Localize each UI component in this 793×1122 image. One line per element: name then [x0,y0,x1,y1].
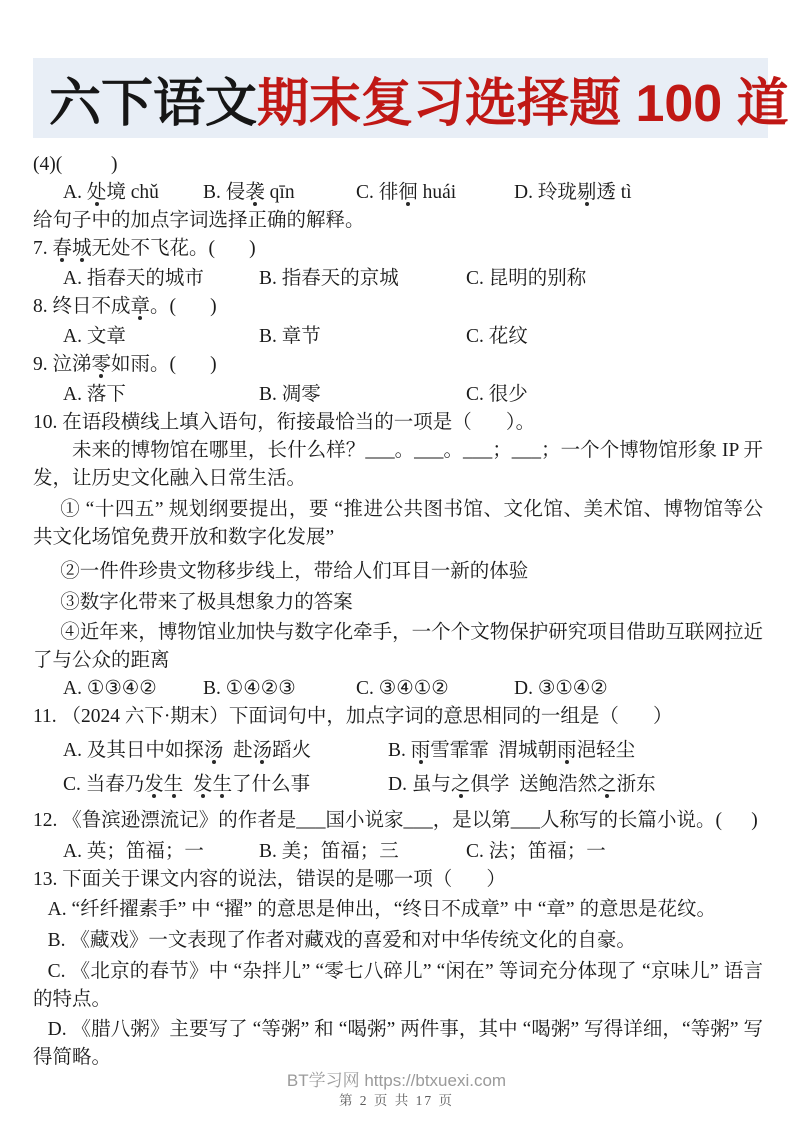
q10-item-1: ① “十四五” 规划纲要提出，要 “推进公共图书馆、文化馆、美术馆、博物馆等公共… [33,496,763,552]
q12-options-row: A. 英；笛福；一 B. 美；笛福；三 C. 法；笛福；一 [33,838,763,866]
q4-option-d: D. 玲珑剔透 tì [514,179,763,207]
emphasis-dot-char: 汤 [204,740,224,761]
q7-stem: 7. 春城无处不飞花。( ) [33,235,763,263]
emphasis-dot-char: 剔 [577,182,597,203]
emphasis-dot-char: 雨 [557,740,577,761]
q8-options-row: A. 文章 B. 章节 C. 花纹 [33,323,763,351]
emphasis-dot-char: 生 [213,774,233,795]
q10-option-d: D. ③①④② [514,675,763,703]
q11-options-row-1: A. 及其日中如探汤 赴汤蹈火 B. 雨雪霏霏 渭城朝雨浥轻尘 [33,737,763,765]
page-title: 六下语文期末复习选择题 100 道 [49,61,789,136]
emphasis-dot-char: 处 [87,182,107,203]
q13-option-b: B. 《藏戏》一文表现了作者对藏戏的喜爱和对中华传统文化的自豪。 [33,927,763,955]
emphasis-dot-char: 之 [451,774,471,795]
emphasis-dot-char: 发 [144,774,164,795]
q10-option-c: C. ③④①② [356,675,514,703]
q13-option-a: A. “纤纤擢素手” 中 “擢” 的意思是伸出，“终日不成章” 中 “章” 的意… [33,896,763,924]
emphasis-dot-char: 发 [193,774,213,795]
q13-option-c: C. 《北京的春节》中 “杂拌儿” “零七八碎儿” “闲在” 等词充分体现了 “… [33,958,763,1014]
q12-option-b: B. 美；笛福；三 [259,838,466,866]
q9-option-c: C. 很少 [466,381,763,409]
emphasis-dot-char: 之 [597,774,617,795]
q8-option-c: C. 花纹 [466,323,763,351]
q7-option-b: B. 指春天的京城 [259,265,466,293]
q10-option-b: B. ①④②③ [203,675,356,703]
emphasis-dot-char: 城 [72,238,92,259]
worksheet-page: 六下语文期末复习选择题 100 道 (4)( ) A. 处境 chǔ B. 侵袭… [0,0,793,1122]
q8-option-a: A. 文章 [63,323,259,351]
q11-stem: 11. （2024 六下·期末）下面词句中，加点字词的意思相同的一组是（ ） [33,703,763,731]
q10-stem: 10. 在语段横线上填入语句，衔接最恰当的一项是（ ）。 [33,409,763,437]
q10-passage-intro: 未来的博物馆在哪里，长什么样？___。___。___；___；一个个博物馆形象 … [33,437,763,493]
emphasis-dot-char: 春 [53,238,73,259]
q11-option-b: B. 雨雪霏霏 渭城朝雨浥轻尘 [388,737,763,765]
q4-options-row: A. 处境 chǔ B. 侵袭 qīn C. 徘徊 huái D. 玲珑剔透 t… [33,179,763,207]
emphasis-dot-char: 生 [164,774,184,795]
emphasis-dot-char: 章 [131,296,151,317]
q10-item-2: ②一件件珍贵文物移步线上，带给人们耳目一新的体验 [33,558,763,586]
q4-option-b: B. 侵袭 qīn [203,179,356,207]
q4-answer-line: (4)( ) [33,151,763,179]
title-banner: 六下语文期末复习选择题 100 道 [33,58,768,138]
q4-option-c: C. 徘徊 huái [356,179,514,207]
q10-item-3: ③数字化带来了极具想象力的答案 [33,589,763,617]
q7-options-row: A. 指春天的城市 B. 指春天的京城 C. 昆明的别称 [33,265,763,293]
footer-page-number: 第 2 页 共 17 页 [0,1092,793,1110]
q9-option-a: A. 落下 [63,381,259,409]
q12-stem: 12. 《鲁滨逊漂流记》的作者是___国小说家___，是以第___人称写的长篇小… [33,807,763,835]
page-footer: BT学习网 https://btxuexi.com 第 2 页 共 17 页 [0,1070,793,1110]
q12-option-c: C. 法；笛福；一 [466,838,763,866]
q11-option-c: C. 当春乃发生 发生了什么事 [63,771,388,799]
q11-options-row-2: C. 当春乃发生 发生了什么事 D. 虽与之俱学 送鲍浩然之浙东 [33,771,763,799]
emphasis-dot-char: 汤 [253,740,273,761]
q7-option-a: A. 指春天的城市 [63,265,259,293]
q11-option-d: D. 虽与之俱学 送鲍浩然之浙东 [388,771,763,799]
page-content: 六下语文期末复习选择题 100 道 (4)( ) A. 处境 chǔ B. 侵袭… [0,0,793,1072]
q11-option-a: A. 及其日中如探汤 赴汤蹈火 [63,737,388,765]
q8-option-b: B. 章节 [259,323,466,351]
q8-stem: 8. 终日不成章。( ) [33,293,763,321]
emphasis-dot-char: 徊 [398,182,418,203]
q9-option-b: B. 凋零 [259,381,466,409]
q4-option-a: A. 处境 chǔ [63,179,203,207]
title-black-part: 六下语文 [49,75,257,133]
q13-stem: 13. 下面关于课文内容的说法，错误的是哪一项（ ） [33,866,763,894]
title-red-part: 期末复习选择题 100 道 [257,75,789,133]
footer-watermark-url: BT学习网 https://btxuexi.com [0,1070,793,1092]
q9-stem: 9. 泣涕零如雨。( ) [33,351,763,379]
q10-option-a: A. ①③④② [63,675,203,703]
q9-options-row: A. 落下 B. 凋零 C. 很少 [33,381,763,409]
emphasis-dot-char: 零 [92,354,112,375]
q7-option-c: C. 昆明的别称 [466,265,763,293]
q10-options-row: A. ①③④② B. ①④②③ C. ③④①② D. ③①④② [33,675,763,703]
emphasis-dot-char: 雨 [411,740,431,761]
section-instruction: 给句子中的加点字词选择正确的解释。 [33,207,763,235]
emphasis-dot-char: 袭 [245,182,265,203]
q13-option-d: D. 《腊八粥》主要写了 “等粥” 和 “喝粥” 两件事，其中 “喝粥” 写得详… [33,1016,763,1072]
q10-item-4: ④近年来，博物馆业加快与数字化牵手，一个个文物保护研究项目借助互联网拉近了与公众… [33,619,763,675]
q12-option-a: A. 英；笛福；一 [63,838,259,866]
